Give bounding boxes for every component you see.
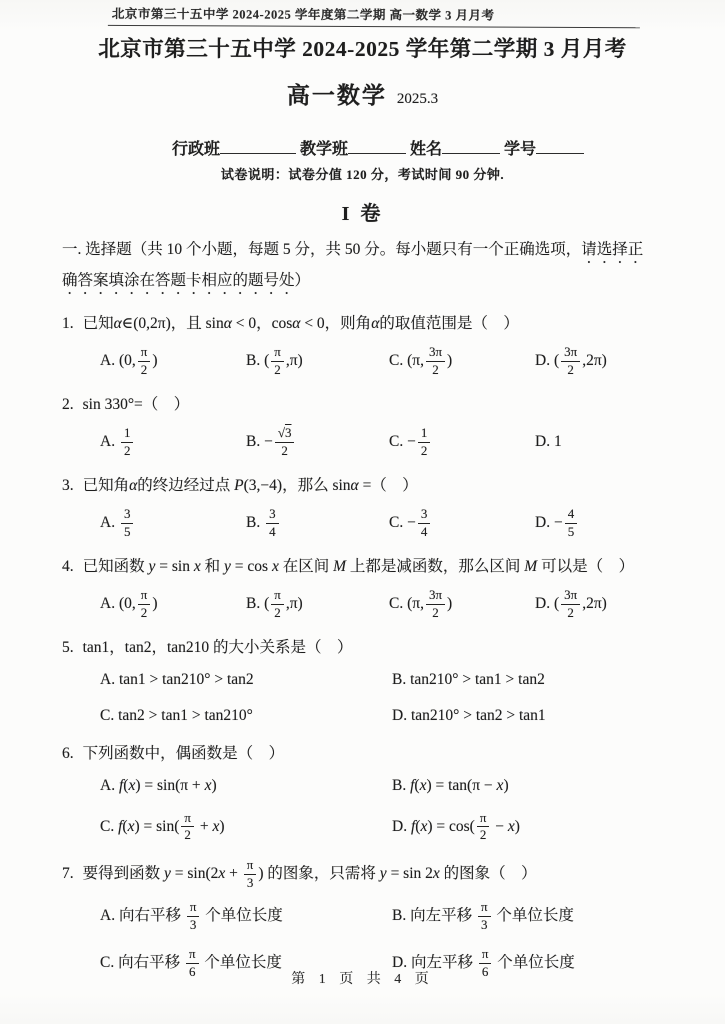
question: 4.已知函数 y = sin x 和 y = cos x 在区间 M 上都是减函… [62,554,702,622]
teaching-class-label: 教学班 [300,141,348,158]
option: D. −45 [535,506,702,541]
section-instructions: 一. 选择题（共 10 个小题，每题 5 分，共 50 分。每小题只有一个正确选… [62,236,672,298]
question-number: 4. [62,558,74,575]
options-row: A. (0,π2)B. (π2,π)C. (π,3π2)D. (3π2,2π) [62,587,702,622]
option: A. (0,π2) [100,587,246,622]
option: B. (π2,π) [246,344,389,379]
question: 6.下列函数中，偶函数是（ ） A. f(x) = sin(π + x)B. f… [62,741,702,845]
option: C. (π,3π2) [389,587,535,622]
page-footer: 第 1 页 共 4 页 [0,968,725,988]
options-row: A. (0,π2)B. (π2,π)C. (π,3π2)D. (3π2,2π) [62,344,702,379]
name-blank [442,138,500,154]
option: C. (π,3π2) [389,344,535,379]
subject-title: 高一数学 [287,82,387,108]
student-id-label: 学号 [504,141,536,158]
question: 1.已知α∈(0,2π)，且 sinα < 0，cosα < 0，则角α的取值范… [62,311,702,379]
part-heading: I 卷 [0,197,725,226]
option: B. 向左平移 π3 个单位长度 [392,899,702,934]
options-row: A. tan1 > tan210° > tan2B. tan210° > tan… [62,668,702,728]
question-number: 6. [62,745,74,762]
options-row: A. 35B. 34C. −34D. −45 [62,506,702,541]
question-text: 已知角α的终边经过点 P(3,−4)，那么 sinα =（ ） [83,477,418,494]
admin-class-blank [220,138,296,154]
option: B. tan210° > tan1 > tan2 [392,668,702,692]
question: 3.已知角α的终边经过点 P(3,−4)，那么 sinα =（ ） A. 35B… [62,473,702,541]
option: B. 34 [246,506,389,541]
question-text: 下列函数中，偶函数是（ ） [83,745,285,762]
option: D. (3π2,2π) [535,344,702,379]
student-info-line: 行政班 教学班 姓名 学号 [172,136,725,159]
running-header-text: 北京市第三十五中学 2024-2025 学年度第二学期 高一数学 3 月月考 [112,4,725,25]
question-number: 1. [62,315,74,332]
option: C. −34 [389,506,535,541]
question-number: 3. [62,477,74,494]
subtitle-line: 高一数学2025.3 [0,77,725,110]
question-text: 已知α∈(0,2π)，且 sinα < 0，cosα < 0，则角α的取值范围是… [83,315,519,332]
question-number: 2. [62,396,74,413]
exam-page: 北京市第三十五中学 2024-2025 学年度第二学期 高一数学 3 月月考 北… [0,0,725,1024]
option: B. (π2,π) [246,587,389,622]
header-rule [108,25,640,28]
question-text: 已知函数 y = sin x 和 y = cos x 在区间 M 上都是减函数，… [83,558,634,575]
option: B. −√32 [246,425,389,460]
question-text: tan1，tan2，tan210 的大小关系是（ ） [83,639,353,656]
question: 7.要得到函数 y = sin(2x + π3) 的图象，只需将 y = sin… [62,857,702,981]
question-text: 要得到函数 y = sin(2x + π3) 的图象，只需将 y = sin 2… [83,865,537,882]
running-header-block: 北京市第三十五中学 2024-2025 学年度第二学期 高一数学 3 月月考 [0,0,725,29]
option: A. 35 [100,506,246,541]
page-title: 北京市第三十五中学 2024-2025 学年第二学期 3 月月考 [0,32,725,63]
option: C. tan2 > tan1 > tan210° [100,704,392,728]
option: A. 向右平移 π3 个单位长度 [100,899,392,934]
question-text: sin 330°=（ ） [83,396,190,413]
name-label: 姓名 [410,141,442,158]
exam-date: 2025.3 [397,91,438,107]
admin-class-label: 行政班 [172,141,220,158]
option: C. f(x) = sin(π2 + x) [100,810,392,845]
option: D. tan210° > tan2 > tan1 [392,704,702,728]
section-instructions-close: ） [295,272,311,289]
exam-note: 试卷说明：试卷分值 120 分，考试时间 90 分钟. [0,164,725,183]
option: A. 12 [100,425,246,460]
student-id-blank [536,138,584,154]
option: A. tan1 > tan210° > tan2 [100,668,392,692]
option: A. (0,π2) [100,344,246,379]
question-number: 7. [62,865,74,882]
option: D. (3π2,2π) [535,587,702,622]
teaching-class-blank [348,138,406,154]
options-row: A. 12B. −√32C. −12D. 1 [62,425,702,460]
section-instructions-emphasis: 确答案填涂在答题卡相应的题号处 [62,272,295,289]
option: C. −12 [389,425,535,460]
question-number: 5. [62,639,74,656]
options-row: A. f(x) = sin(π + x)B. f(x) = tan(π − x)… [62,774,702,845]
question-list: 1.已知α∈(0,2π)，且 sinα < 0，cosα < 0，则角α的取值范… [62,311,702,981]
section-instructions-text: 一. 选择题（共 10 个小题，每题 5 分，共 50 分。每小题只有一个正确选… [62,241,581,258]
question: 5.tan1，tan2，tan210 的大小关系是（ ） A. tan1 > t… [62,635,702,728]
option: D. 1 [535,430,702,454]
question: 2.sin 330°=（ ） A. 12B. −√32C. −12D. 1 [62,392,702,460]
option: B. f(x) = tan(π − x) [392,774,702,798]
section-instructions-emphasis: 请选择正 [581,241,643,258]
option: D. f(x) = cos(π2 − x) [392,810,702,845]
option: A. f(x) = sin(π + x) [100,774,392,798]
